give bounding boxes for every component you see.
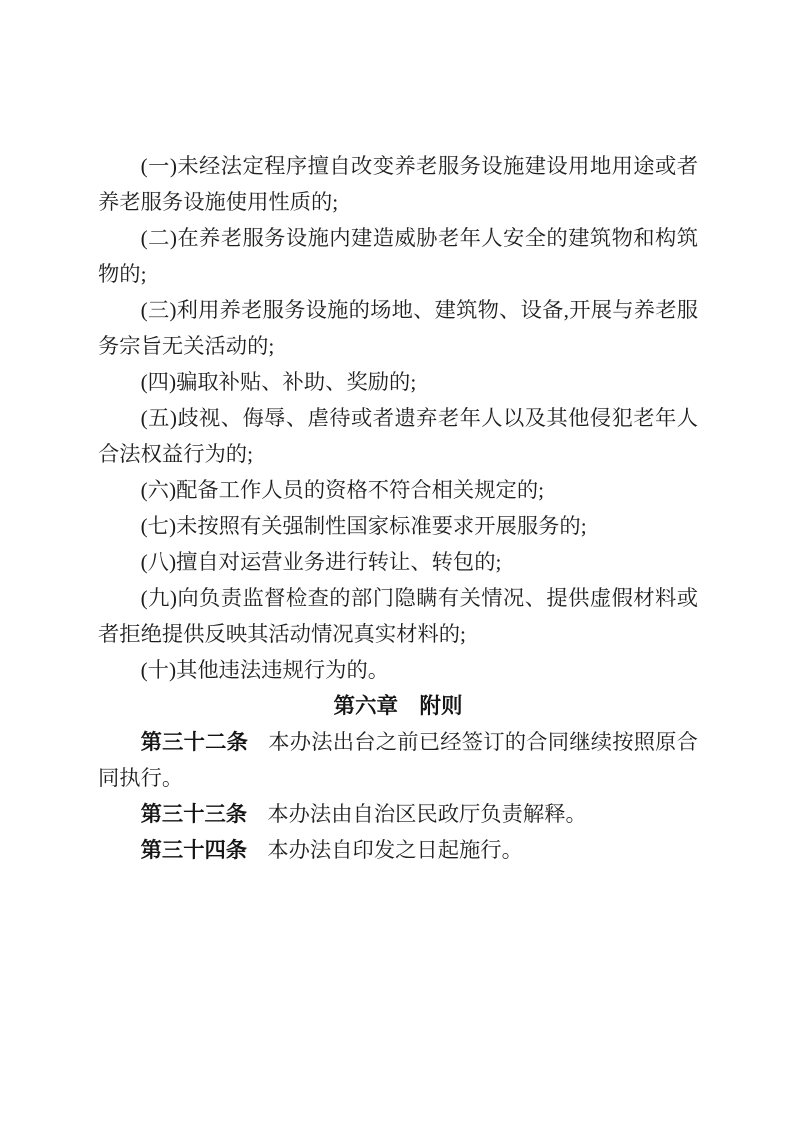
article-34: 第三十四条本办法自印发之日起施行。 bbox=[98, 832, 698, 868]
document-body: (一)未经法定程序擅自改变养老服务设施建设用地用途或者养老服务设施使用性质的; … bbox=[98, 148, 698, 868]
clause-item-5: (五)歧视、侮辱、虐待或者遗弃老年人以及其他侵犯老年人合法权益行为的; bbox=[98, 400, 698, 472]
article-34-number: 第三十四条 bbox=[141, 838, 248, 862]
article-34-text: 本办法自印发之日起施行。 bbox=[267, 838, 523, 862]
chapter-heading: 第六章 附则 bbox=[98, 688, 698, 724]
clause-item-9: (九)向负责监督检查的部门隐瞒有关情况、提供虚假材料或者拒绝提供反映其活动情况真… bbox=[98, 580, 698, 652]
clause-item-3: (三)利用养老服务设施的场地、建筑物、设备,开展与养老服务宗旨无关活动的; bbox=[98, 292, 698, 364]
article-32: 第三十二条本办法出台之前已经签订的合同继续按照原合同执行。 bbox=[98, 724, 698, 796]
clause-item-1: (一)未经法定程序擅自改变养老服务设施建设用地用途或者养老服务设施使用性质的; bbox=[98, 148, 698, 220]
article-33: 第三十三条本办法由自治区民政厅负责解释。 bbox=[98, 796, 698, 832]
clause-item-6: (六)配备工作人员的资格不符合相关规定的; bbox=[98, 472, 698, 508]
clause-item-10: (十)其他违法违规行为的。 bbox=[98, 652, 698, 688]
document-page: (一)未经法定程序擅自改变养老服务设施建设用地用途或者养老服务设施使用性质的; … bbox=[0, 0, 793, 1122]
article-33-text: 本办法由自治区民政厅负责解释。 bbox=[267, 802, 586, 826]
article-32-number: 第三十二条 bbox=[141, 730, 248, 754]
clause-item-4: (四)骗取补贴、补助、奖励的; bbox=[98, 364, 698, 400]
article-33-number: 第三十三条 bbox=[141, 802, 248, 826]
clause-item-7: (七)未按照有关强制性国家标准要求开展服务的; bbox=[98, 508, 698, 544]
clause-item-2: (二)在养老服务设施内建造威胁老年人安全的建筑物和构筑物的; bbox=[98, 220, 698, 292]
clause-item-8: (八)擅自对运营业务进行转让、转包的; bbox=[98, 544, 698, 580]
